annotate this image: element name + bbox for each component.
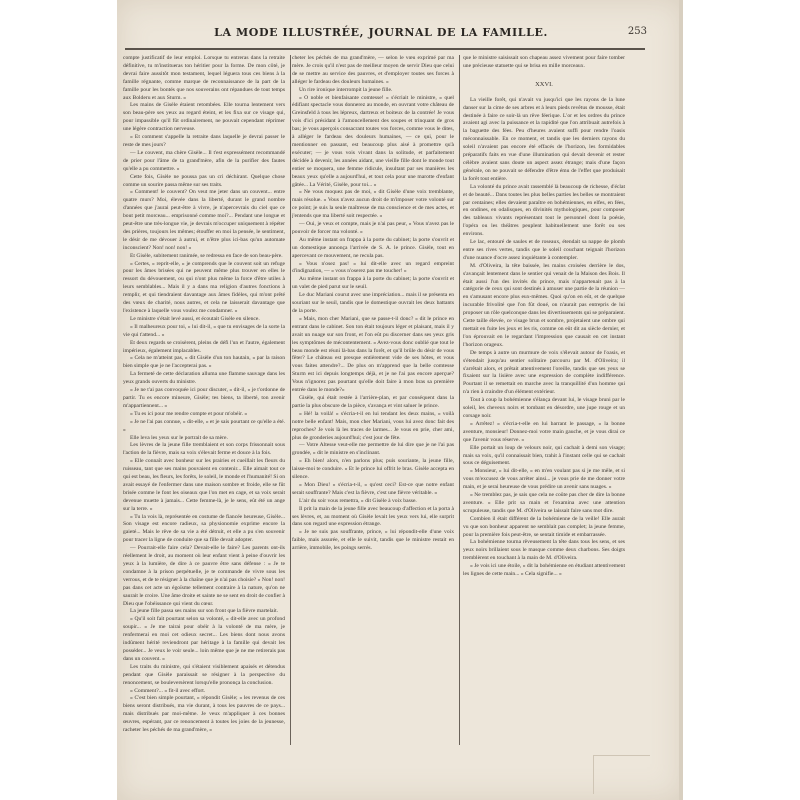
paragraph: « Hé! la voilà! » s'écria-t-il en lui te… (292, 411, 454, 443)
paragraph: Gisèle, qui était restée à l'arrière-pla… (292, 395, 454, 411)
paragraph: « Certes, » reprit-elle, « je comprends … (123, 261, 285, 316)
paragraph: La vieille forêt, qui n'avait vu jusqu'i… (463, 97, 625, 184)
journal-title: LA MODE ILLUSTRÉE, JOURNAL DE LA FAMILLE… (125, 26, 637, 39)
column-divider (459, 55, 460, 745)
paragraph: Tout à coup la bohémienne s'élança devan… (463, 397, 625, 421)
paragraph: — Votre Altesse veut-elle me permettre d… (292, 442, 454, 458)
paragraph: « C'est bien simple pourtant, » répondit… (123, 695, 285, 735)
paragraph: « O noble et bienfaisante comtesse! » s'… (292, 95, 454, 190)
paragraph: « Elle connaît avec bonheur sur les prai… (123, 458, 285, 513)
paragraph: « Qu'il soit fait pourtant selon sa volo… (123, 616, 285, 663)
text-column-3: que le ministre saisissait son chapeau a… (463, 55, 625, 747)
paragraph: « Ne tremblez pas, je sais que cela ne c… (463, 492, 625, 516)
library-stamp-mark (593, 755, 650, 794)
paragraph: — Oui, je veux et compte, mais je n'ai p… (292, 221, 454, 237)
newspaper-page: LA MODE ILLUSTRÉE, JOURNAL DE LA FAMILLE… (117, 0, 683, 800)
paragraph: Cette fois, Gisèle ne poussa pas un cri … (123, 174, 285, 190)
paragraph: « Mais, mon cher Mariani, que se passe-t… (292, 316, 454, 395)
paragraph: Et deux regards se croisèrent, pleins de… (123, 340, 285, 356)
paragraph: La bohémienne tourna rêveusement la tête… (463, 539, 625, 563)
paragraph: « Et comment s'appelle la retraite dans … (123, 134, 285, 150)
paragraph: La volonté du prince avait rassemblé là … (463, 184, 625, 239)
paragraph: Combien il était différent de la bohémie… (463, 516, 625, 540)
paragraph: — Le couvent, ma chère Gisèle... Il t'es… (123, 150, 285, 174)
paragraph: Le duc Mariani courut avec une impréciat… (292, 292, 454, 316)
paragraph: Au même instant on frappa à la porte du … (292, 276, 454, 292)
paragraph: « Je ne suis pas souffrante, prince, » l… (292, 529, 454, 553)
paragraph: Et Gisèle, subitement ranimée, se redres… (123, 253, 285, 261)
paragraph: Il prit la main de la jeune fille avec b… (292, 506, 454, 530)
paragraph: « Mon Dieu! » s'écria-t-il, « qu'est cec… (292, 482, 454, 498)
paragraph: Les mains de Gisèle étaient retombées. E… (123, 102, 285, 134)
paragraph: « Arrêtez! » s'écria-t-elle en lui barra… (463, 421, 625, 445)
paragraph: Le ministre s'était levé aussi, et écout… (123, 316, 285, 324)
paragraph: compte justificatif de leur emploi. Lors… (123, 55, 285, 102)
paragraph: Les lèvres de la jeune fille tremblaient… (123, 442, 285, 458)
paragraph: De temps à autre un murmure de voix s'él… (463, 350, 625, 397)
paragraph: « Comment?... » fit-il avec effort. (123, 688, 285, 696)
page-header: LA MODE ILLUSTRÉE, JOURNAL DE LA FAMILLE… (125, 26, 637, 46)
paragraph: L'air du soir vous remettra, » dit Gisèl… (292, 498, 454, 506)
paragraph: « Eh bien! alors, n'en parlons plus; pui… (292, 458, 454, 482)
paragraph: « Je vois ici une étoile, » dit la bohém… (463, 563, 625, 579)
paragraph: cheter les péchés de ma grand'mère, — se… (292, 55, 454, 87)
paragraph: « Je ne l'ai pas connue, » dit-elle, « e… (123, 419, 285, 435)
paragraph: « Ne vous moquez pas de moi, » dit Gisèl… (292, 189, 454, 221)
paragraph: Un rire ironique interrompit la jeune fi… (292, 87, 454, 95)
paragraph: que le ministre saisissait son chapeau a… (463, 55, 625, 71)
paragraph: « Comment! le couvent? On veut me jeter … (123, 189, 285, 252)
paragraph: — Pourrait-elle faire cela? Devait-elle … (123, 545, 285, 608)
paragraph: M. d'Oliveira, la tête baissée, les main… (463, 263, 625, 350)
paragraph: Elle portait un loup de velours noir, qu… (463, 445, 625, 469)
text-column-1: compte justificatif de leur emploi. Lors… (123, 55, 285, 747)
paragraph: « Tu la vois là, représentée en costume … (123, 514, 285, 546)
paragraph: Les traits du ministre, qui s'étaient vi… (123, 664, 285, 688)
paragraph: Au même instant on frappa à la porte du … (292, 237, 454, 261)
paragraph: « Je ne t'ai pas convoquée ici pour disc… (123, 387, 285, 411)
header-rule (125, 48, 645, 50)
paragraph: La fermeté de cette déclaration alluma u… (123, 371, 285, 387)
paragraph: « Cela ne m'atteint pas, » dit Gisèle d'… (123, 355, 285, 371)
paragraph: « Vous n'osez pas! » lui dit-elle avec u… (292, 261, 454, 277)
section-heading: XXVI. (463, 81, 625, 89)
column-divider (290, 55, 291, 745)
text-column-2: cheter les péchés de ma grand'mère, — se… (292, 55, 454, 747)
paragraph: Le lac, entouré de saules et de roseaux,… (463, 239, 625, 263)
paragraph: « Il malheureux pour toi, » lui dit-il, … (123, 324, 285, 340)
paragraph: « Monsieur, » lui dit-elle, « en m'en vo… (463, 468, 625, 492)
page-number: 253 (628, 26, 647, 37)
paragraph: « Tu es ici pour me rendre compte et pou… (123, 411, 285, 419)
